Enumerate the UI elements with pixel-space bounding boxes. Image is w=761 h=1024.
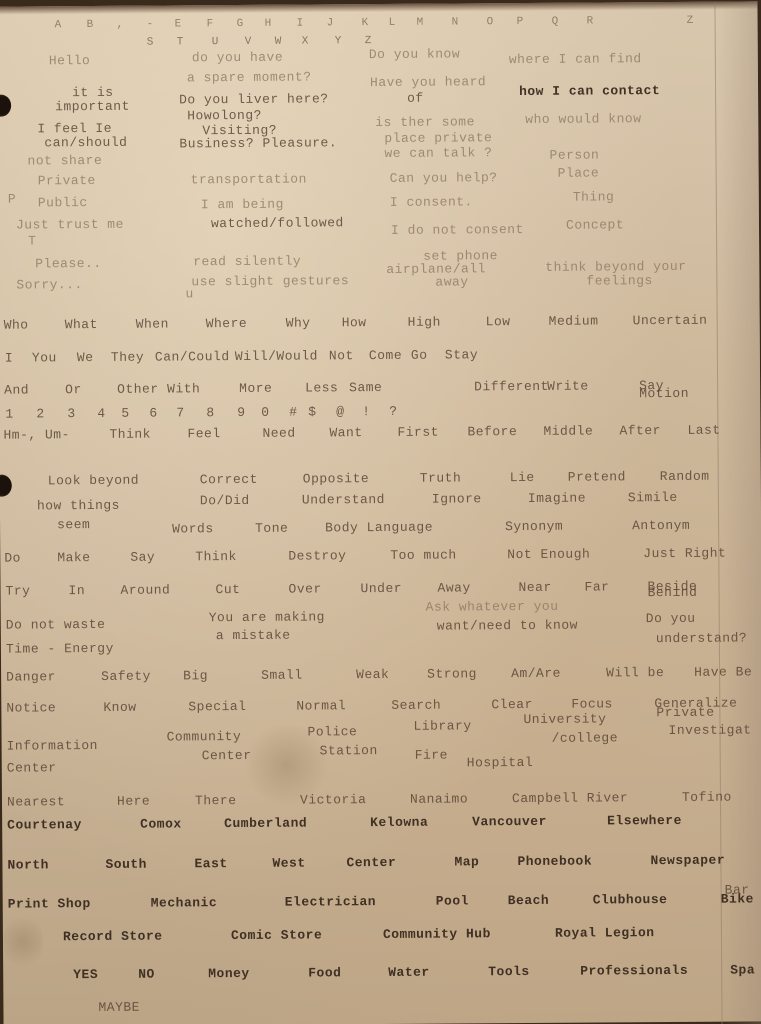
place-library: Library <box>413 719 471 733</box>
place-direction: Map <box>454 855 479 869</box>
paper-top-edge <box>0 1 757 14</box>
word-verb: Do <box>4 552 21 566</box>
word-thinking: Last <box>687 424 720 438</box>
phrase-transportation: transportation <box>191 173 307 188</box>
phrase-t-mark: T <box>28 234 36 248</box>
word-question: Where <box>206 317 248 331</box>
phrase-do-you-know: Do you know <box>369 47 460 62</box>
alphabet-letter: O <box>487 15 494 29</box>
place-city: There <box>195 794 237 808</box>
word-verb: Too much <box>390 548 457 562</box>
word-quality: Big <box>183 669 208 683</box>
phrase-you-are-making: You are making <box>209 610 325 625</box>
place-venue: Community Hub <box>383 927 491 942</box>
phrase-away: away <box>435 275 468 289</box>
word-action: Simile <box>628 491 678 505</box>
place-college: /college <box>552 731 619 745</box>
place-police-station: Station <box>320 744 378 758</box>
word-question: When <box>136 317 169 331</box>
place-city: Vancouver <box>472 815 547 830</box>
phrase-want-need: want/need to know <box>437 619 578 634</box>
number-key: # <box>289 406 297 420</box>
place-city: Nanaimo <box>410 792 468 806</box>
word-look: Random <box>660 470 710 484</box>
word-motion: Motion <box>639 387 689 401</box>
place-business: Mechanic <box>151 896 218 910</box>
place-business: Beach <box>508 894 550 908</box>
word-pronoun: Not <box>329 349 354 363</box>
word-pronoun: Will/Would <box>235 349 318 364</box>
alphabet-letter: R <box>587 15 594 29</box>
word-conjunction: Different <box>474 380 549 395</box>
place-information: Information <box>7 739 98 754</box>
place-direction: Center <box>346 856 396 870</box>
word-perception: Focus <box>571 697 613 711</box>
phrase-p-mark: P <box>8 193 16 207</box>
word-perception: Search <box>391 699 441 713</box>
word-thinking: Middle <box>543 425 593 439</box>
word-conjunction: Less <box>305 381 338 395</box>
word-behind: Behind <box>648 586 698 600</box>
place-fire: Fire <box>415 749 448 763</box>
place-city: Cumberland <box>224 817 307 832</box>
alphabet-letter: E <box>175 17 182 31</box>
word-conjunction: Or <box>65 383 82 397</box>
alphabet-letter: Z <box>365 34 372 48</box>
alphabet-letter: - <box>147 18 154 32</box>
number-key: ! <box>362 405 370 419</box>
phrase-place: Place <box>558 166 600 180</box>
word-communication: Words <box>172 522 214 536</box>
alphabet-letter: H <box>265 17 272 31</box>
word-thinking: First <box>397 426 439 440</box>
word-action: Do/Did <box>200 494 250 508</box>
phrase-just-trust-me: Just trust me <box>16 218 124 233</box>
place-direction: North <box>7 858 49 872</box>
number-key: 6 <box>149 407 157 421</box>
number-key: 7 <box>176 406 184 420</box>
phrase-how-contact: how I can contact <box>519 84 660 99</box>
alphabet-letter: S <box>147 36 154 50</box>
word-action: Ignore <box>432 492 482 506</box>
word-perception: Normal <box>296 699 346 713</box>
word-basic: Food <box>308 966 341 980</box>
word-quality: Am/Are <box>511 667 561 681</box>
phrase-read-silently: read silently <box>193 255 301 270</box>
word-thinking: Before <box>467 425 517 439</box>
place-bar: Bar <box>725 883 750 897</box>
alphabet-letter: Z <box>687 14 694 28</box>
phrase-concept: Concept <box>566 218 624 232</box>
word-verb: Say <box>130 551 155 565</box>
word-basic: NO <box>138 968 155 982</box>
word-perception: Special <box>188 700 246 714</box>
word-position: Over <box>288 582 321 596</box>
number-key: ? <box>389 405 397 419</box>
place-city: Courtenay <box>7 818 82 833</box>
phrase-seem: seem <box>57 518 90 532</box>
place-direction: Newspaper <box>650 854 725 869</box>
word-conjunction: With <box>167 382 200 396</box>
word-pronoun: They <box>111 351 144 365</box>
word-pronoun: You <box>32 351 57 365</box>
word-quality: Small <box>261 669 303 683</box>
number-key: 8 <box>206 406 214 420</box>
word-position: In <box>68 584 85 598</box>
word-perception: Know <box>103 701 136 715</box>
place-city: Campbell River <box>512 791 628 806</box>
word-thinking: Think <box>109 428 151 442</box>
alphabet-letter: L <box>389 16 396 30</box>
word-look: Look beyond <box>48 474 139 489</box>
word-communication: Tone <box>255 522 288 536</box>
place-community-center: Center <box>202 749 252 763</box>
phrase-can-should: can/should <box>44 136 127 151</box>
phrase-ask-whatever: Ask whatever you <box>426 600 559 615</box>
place-police: Police <box>307 725 357 739</box>
alphabet-letter: W <box>275 35 282 49</box>
word-question: High <box>408 316 441 330</box>
word-quality: Safety <box>101 670 151 684</box>
word-quality: Have Be <box>694 665 752 679</box>
punch-hole-middle <box>0 475 12 497</box>
phrase-person: Person <box>549 148 599 162</box>
word-thinking: Feel <box>187 427 220 441</box>
word-perception: Notice <box>6 701 56 715</box>
phrase-of: of <box>407 92 424 106</box>
word-question: Medium <box>549 314 599 328</box>
phrase-time-energy: Time - Energy <box>6 642 114 657</box>
word-maybe: MAYBE <box>98 1001 140 1015</box>
phrase-u-mark: u <box>185 287 193 301</box>
word-basic: Water <box>388 966 430 980</box>
place-direction: South <box>105 858 147 872</box>
word-conjunction: Same <box>349 381 382 395</box>
paper-right-edge <box>714 1 761 1024</box>
phrase-sorry: Sorry... <box>16 278 83 292</box>
alphabet-letter: Q <box>552 15 559 29</box>
place-venue: Record Store <box>63 930 163 945</box>
place-city: Tofino <box>682 791 732 805</box>
alphabet-letter: , <box>117 18 124 32</box>
phrase-can-you-help: Can you help? <box>390 171 498 186</box>
word-conjunction: More <box>239 382 272 396</box>
alphabet-letter: G <box>237 17 244 31</box>
word-look: Correct <box>200 473 258 487</box>
word-look: Opposite <box>303 472 370 486</box>
place-university: University <box>523 712 606 727</box>
number-key: 9 <box>237 406 245 420</box>
phrase-business-pleasure: Business? Pleasure. <box>179 136 337 151</box>
word-verb: Not Enough <box>507 548 590 563</box>
place-business: Pool <box>436 894 469 908</box>
phrase-where-find: where I can find <box>509 52 642 67</box>
phrase-thing: Thing <box>573 190 615 204</box>
word-conjunction: Other <box>117 383 159 397</box>
number-key: $ <box>308 405 316 419</box>
place-business: Electrician <box>285 895 376 910</box>
word-thinking: After <box>619 424 661 438</box>
word-action: Imagine <box>528 492 586 506</box>
word-pronoun: I <box>5 352 13 366</box>
alphabet-letter: A <box>55 18 62 32</box>
word-basic: Tools <box>488 965 530 979</box>
paper-sheet: AB,-EFGHIJKLMNOPQRZSTUVWXYZHellodo you h… <box>0 1 761 1024</box>
alphabet-letter: M <box>417 16 424 30</box>
alphabet-letter: U <box>212 35 219 49</box>
word-verb: Think <box>195 550 237 564</box>
word-look: Lie <box>510 471 535 485</box>
place-venue: Royal Legion <box>555 926 655 941</box>
place-direction: East <box>194 857 227 871</box>
word-communication: Body Language <box>325 521 433 536</box>
word-position: Try <box>5 584 30 598</box>
word-pronoun: Can/Could <box>155 350 230 365</box>
word-question: Uncertain <box>633 314 708 329</box>
alphabet-letter: V <box>245 35 252 49</box>
phrase-understand: understand? <box>656 631 747 646</box>
word-basic: Spa <box>730 963 755 977</box>
phrase-how-things: how things <box>37 499 120 514</box>
word-quality: Danger <box>6 670 56 684</box>
phrase-do-not-waste: Do not waste <box>6 618 106 633</box>
word-question: Who <box>4 318 29 332</box>
number-key: 3 <box>67 407 75 421</box>
word-basic: Professionals <box>580 964 688 979</box>
phrase-is-there-some: is ther some <box>375 115 475 130</box>
word-position: Around <box>120 583 170 597</box>
phrase-private: Private <box>38 174 96 188</box>
place-community: Community <box>167 730 242 745</box>
word-position: Under <box>360 582 402 596</box>
alphabet-letter: T <box>177 35 184 49</box>
phrase-do-you-live-here: Do you liver here? <box>179 92 329 107</box>
number-key: @ <box>336 405 344 419</box>
word-question: Why <box>286 316 311 330</box>
alphabet-letter: P <box>517 15 524 29</box>
phrase-who-would-know: who would know <box>525 112 641 127</box>
word-position: Near <box>518 581 551 595</box>
word-communication: Antonym <box>632 519 690 533</box>
phrase-i-am-being: I am being <box>201 198 284 213</box>
phrase-important: important <box>55 100 130 115</box>
word-basic: YES <box>73 968 98 982</box>
word-quality: Strong <box>427 667 477 681</box>
word-communication: Synonym <box>505 520 563 534</box>
word-quality: Weak <box>356 668 389 682</box>
alphabet-letter: J <box>327 16 334 30</box>
phrase-i-consent: I consent. <box>390 195 473 210</box>
phrase-public: Public <box>38 196 88 210</box>
place-direction: West <box>272 857 305 871</box>
place-business: Print Shop <box>8 897 91 912</box>
place-hospital: Hospital <box>467 756 534 770</box>
place-private: Private <box>656 706 714 720</box>
word-pronoun: Come <box>369 349 402 363</box>
word-look: Truth <box>420 471 462 485</box>
number-key: 4 <box>97 407 105 421</box>
place-direction: Phonebook <box>517 855 592 870</box>
number-key: 1 <box>5 408 13 422</box>
word-perception: Clear <box>491 698 533 712</box>
place-venue: Comic Store <box>231 928 322 943</box>
word-position: Cut <box>215 583 240 597</box>
word-pronoun: Stay <box>445 348 478 362</box>
place-city: Elsewhere <box>607 814 682 829</box>
place-city: Comox <box>140 817 182 831</box>
word-position: Far <box>584 580 609 594</box>
place-business: Clubhouse <box>593 893 668 908</box>
number-key: 5 <box>121 407 129 421</box>
word-action: Understand <box>302 493 385 508</box>
phrase-do-you-have: do you have <box>192 51 283 66</box>
word-thinking: Hm-, Um- <box>3 428 70 442</box>
alphabet-letter: F <box>207 17 214 31</box>
punch-hole-top <box>0 95 11 117</box>
number-key: 2 <box>36 407 44 421</box>
word-look: Pretend <box>568 470 626 484</box>
number-key: 0 <box>261 406 269 420</box>
place-city: Kelowna <box>370 816 428 830</box>
phrase-we-can-talk: we can talk ? <box>384 146 492 161</box>
phrase-not-share: not share <box>27 154 102 169</box>
place-city: Here <box>117 795 150 809</box>
phrase-use-slight-gestures: use slight gestures <box>191 274 349 289</box>
word-verb: Make <box>57 551 90 565</box>
word-pronoun: Go <box>411 349 428 363</box>
phrase-have-you-heard: Have you heard <box>370 75 486 90</box>
word-thinking: Need <box>262 427 295 441</box>
phrase-how-long: Howolong? <box>187 109 262 124</box>
phrase-spare-moment: a spare moment? <box>187 70 312 85</box>
word-verb: Just Right <box>643 547 726 562</box>
phrase-watched-followed: watched/followed <box>211 216 344 231</box>
place-investigator: Investigat <box>668 723 751 738</box>
phrase-place-private: place private <box>384 131 492 146</box>
alphabet-letter: X <box>302 34 309 48</box>
alphabet-letter: Y <box>335 34 342 48</box>
word-position: Away <box>437 581 470 595</box>
stain <box>3 911 43 971</box>
word-thinking: Want <box>329 426 362 440</box>
phrase-i-do-not-consent: I do not consent <box>391 223 524 238</box>
word-question: How <box>342 316 367 330</box>
word-pronoun: We <box>77 351 94 365</box>
word-basic: Money <box>208 967 250 981</box>
alphabet-letter: I <box>297 17 304 31</box>
phrase-hello: Hello <box>49 54 91 68</box>
place-city: Nearest <box>7 795 65 809</box>
phrase-feelings: feelings <box>586 274 653 288</box>
place-city: Victoria <box>300 793 367 807</box>
phrase-do-you: Do you <box>646 612 696 626</box>
place-information-center: Center <box>7 761 57 775</box>
alphabet-letter: K <box>362 16 369 30</box>
word-quality: Will be <box>606 666 664 680</box>
phrase-please: Please.. <box>35 257 102 271</box>
alphabet-letter: N <box>452 15 459 29</box>
word-question: What <box>65 318 98 332</box>
alphabet-letter: B <box>87 18 94 32</box>
word-verb: Destroy <box>288 549 346 563</box>
word-conjunction: Write <box>547 380 589 394</box>
phrase-a-mistake: a mistake <box>216 629 291 644</box>
word-question: Low <box>486 315 511 329</box>
word-conjunction: And <box>4 383 29 397</box>
